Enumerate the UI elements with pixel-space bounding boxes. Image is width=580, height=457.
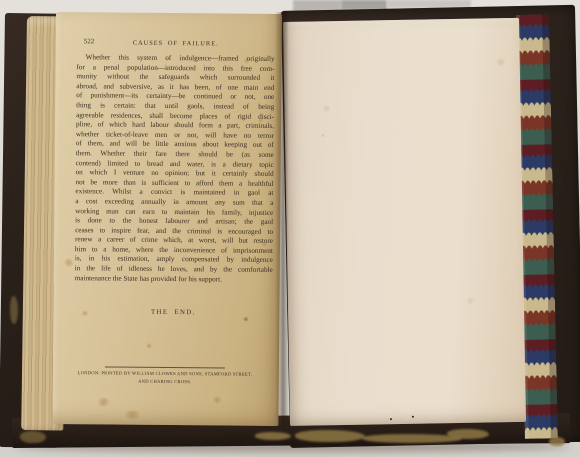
foxing-spot bbox=[258, 118, 263, 123]
printer-imprint-line1: LONDON: PRINTED BY WILLIAM CLOWES AND SO… bbox=[65, 370, 265, 377]
foxing-stain bbox=[97, 397, 111, 406]
imprint-rule bbox=[105, 366, 225, 368]
text-line: maintenance the State has provided for h… bbox=[75, 274, 273, 285]
left-page: 522 CAUSES OF FAILURE. Whether this syst… bbox=[52, 12, 282, 426]
worn-binding-patch bbox=[255, 432, 291, 440]
printer-imprint-line2: AND CHARING CROSS. bbox=[65, 378, 265, 385]
speck bbox=[390, 418, 392, 420]
worn-binding-patch bbox=[20, 431, 46, 443]
worn-binding-patch bbox=[295, 430, 365, 442]
page-header-row: 522 CAUSES OF FAILURE. bbox=[77, 38, 275, 50]
speck bbox=[412, 416, 414, 418]
foxing-stain bbox=[122, 411, 142, 419]
foxing-spot bbox=[244, 58, 250, 64]
worn-binding-patch bbox=[447, 429, 489, 439]
worn-binding-patch bbox=[10, 296, 18, 324]
foxing-spot bbox=[213, 396, 222, 403]
foxing-spot bbox=[321, 133, 325, 137]
foxing-spot bbox=[496, 58, 506, 66]
foxing-spot bbox=[146, 343, 152, 349]
body-text-paragraph: Whether this system of indulgence—framed… bbox=[75, 53, 275, 285]
gutter-shadow bbox=[275, 12, 289, 426]
worn-binding-patch bbox=[549, 437, 565, 446]
foxing-spot bbox=[243, 317, 248, 322]
foxing-spot bbox=[64, 258, 74, 267]
foxing-spot bbox=[262, 242, 267, 247]
photograph-open-book: 522 CAUSES OF FAILURE. Whether this syst… bbox=[0, 0, 580, 457]
foxing-spot bbox=[466, 297, 475, 305]
the-end-label: THE END. bbox=[74, 308, 272, 317]
running-header: CAUSES OF FAILURE. bbox=[77, 39, 275, 48]
right-page-blank bbox=[283, 18, 526, 426]
foxing-spot bbox=[81, 310, 88, 316]
foxing-spot bbox=[322, 105, 330, 112]
